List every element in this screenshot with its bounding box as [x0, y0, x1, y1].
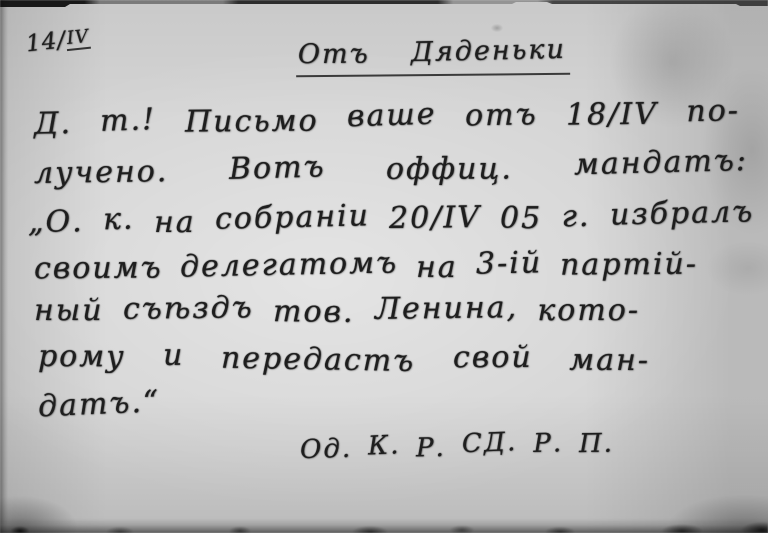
- body-line-6: ромуипередастъсвойман-: [38, 339, 650, 378]
- signature-line: Од.К.Р.СД.Р.П.: [300, 427, 615, 465]
- photo-edge-top: [0, 0, 768, 15]
- body-line-4: своимъделегатомъна3-ійпартій-: [34, 247, 698, 287]
- photo-edge-left: [0, 0, 8, 533]
- body-line-1: Д.т.!Письмовашеотъ18/IVпо-: [34, 93, 741, 142]
- body-line-3: „О.к.насобраніи20/IV05г.избралъ: [28, 197, 754, 240]
- body-line-2: лучено.Вотъоффиц.мандатъ:: [34, 146, 748, 191]
- handwritten-letter-photo: 14/IV ОтъДяденьки Д.т.!Письмовашеотъ18/I…: [0, 0, 768, 533]
- date-month-roman: IV: [65, 26, 91, 51]
- date-notation: 14/IV: [25, 25, 91, 58]
- document-title: ОтъДяденьки: [296, 37, 570, 77]
- photo-edge-bottom: [0, 515, 768, 533]
- body-line-7: датъ.“: [37, 385, 148, 425]
- date-day: 14/: [25, 27, 68, 57]
- body-line-5: ныйсъѣздътов.Ленина,кото-: [34, 293, 640, 328]
